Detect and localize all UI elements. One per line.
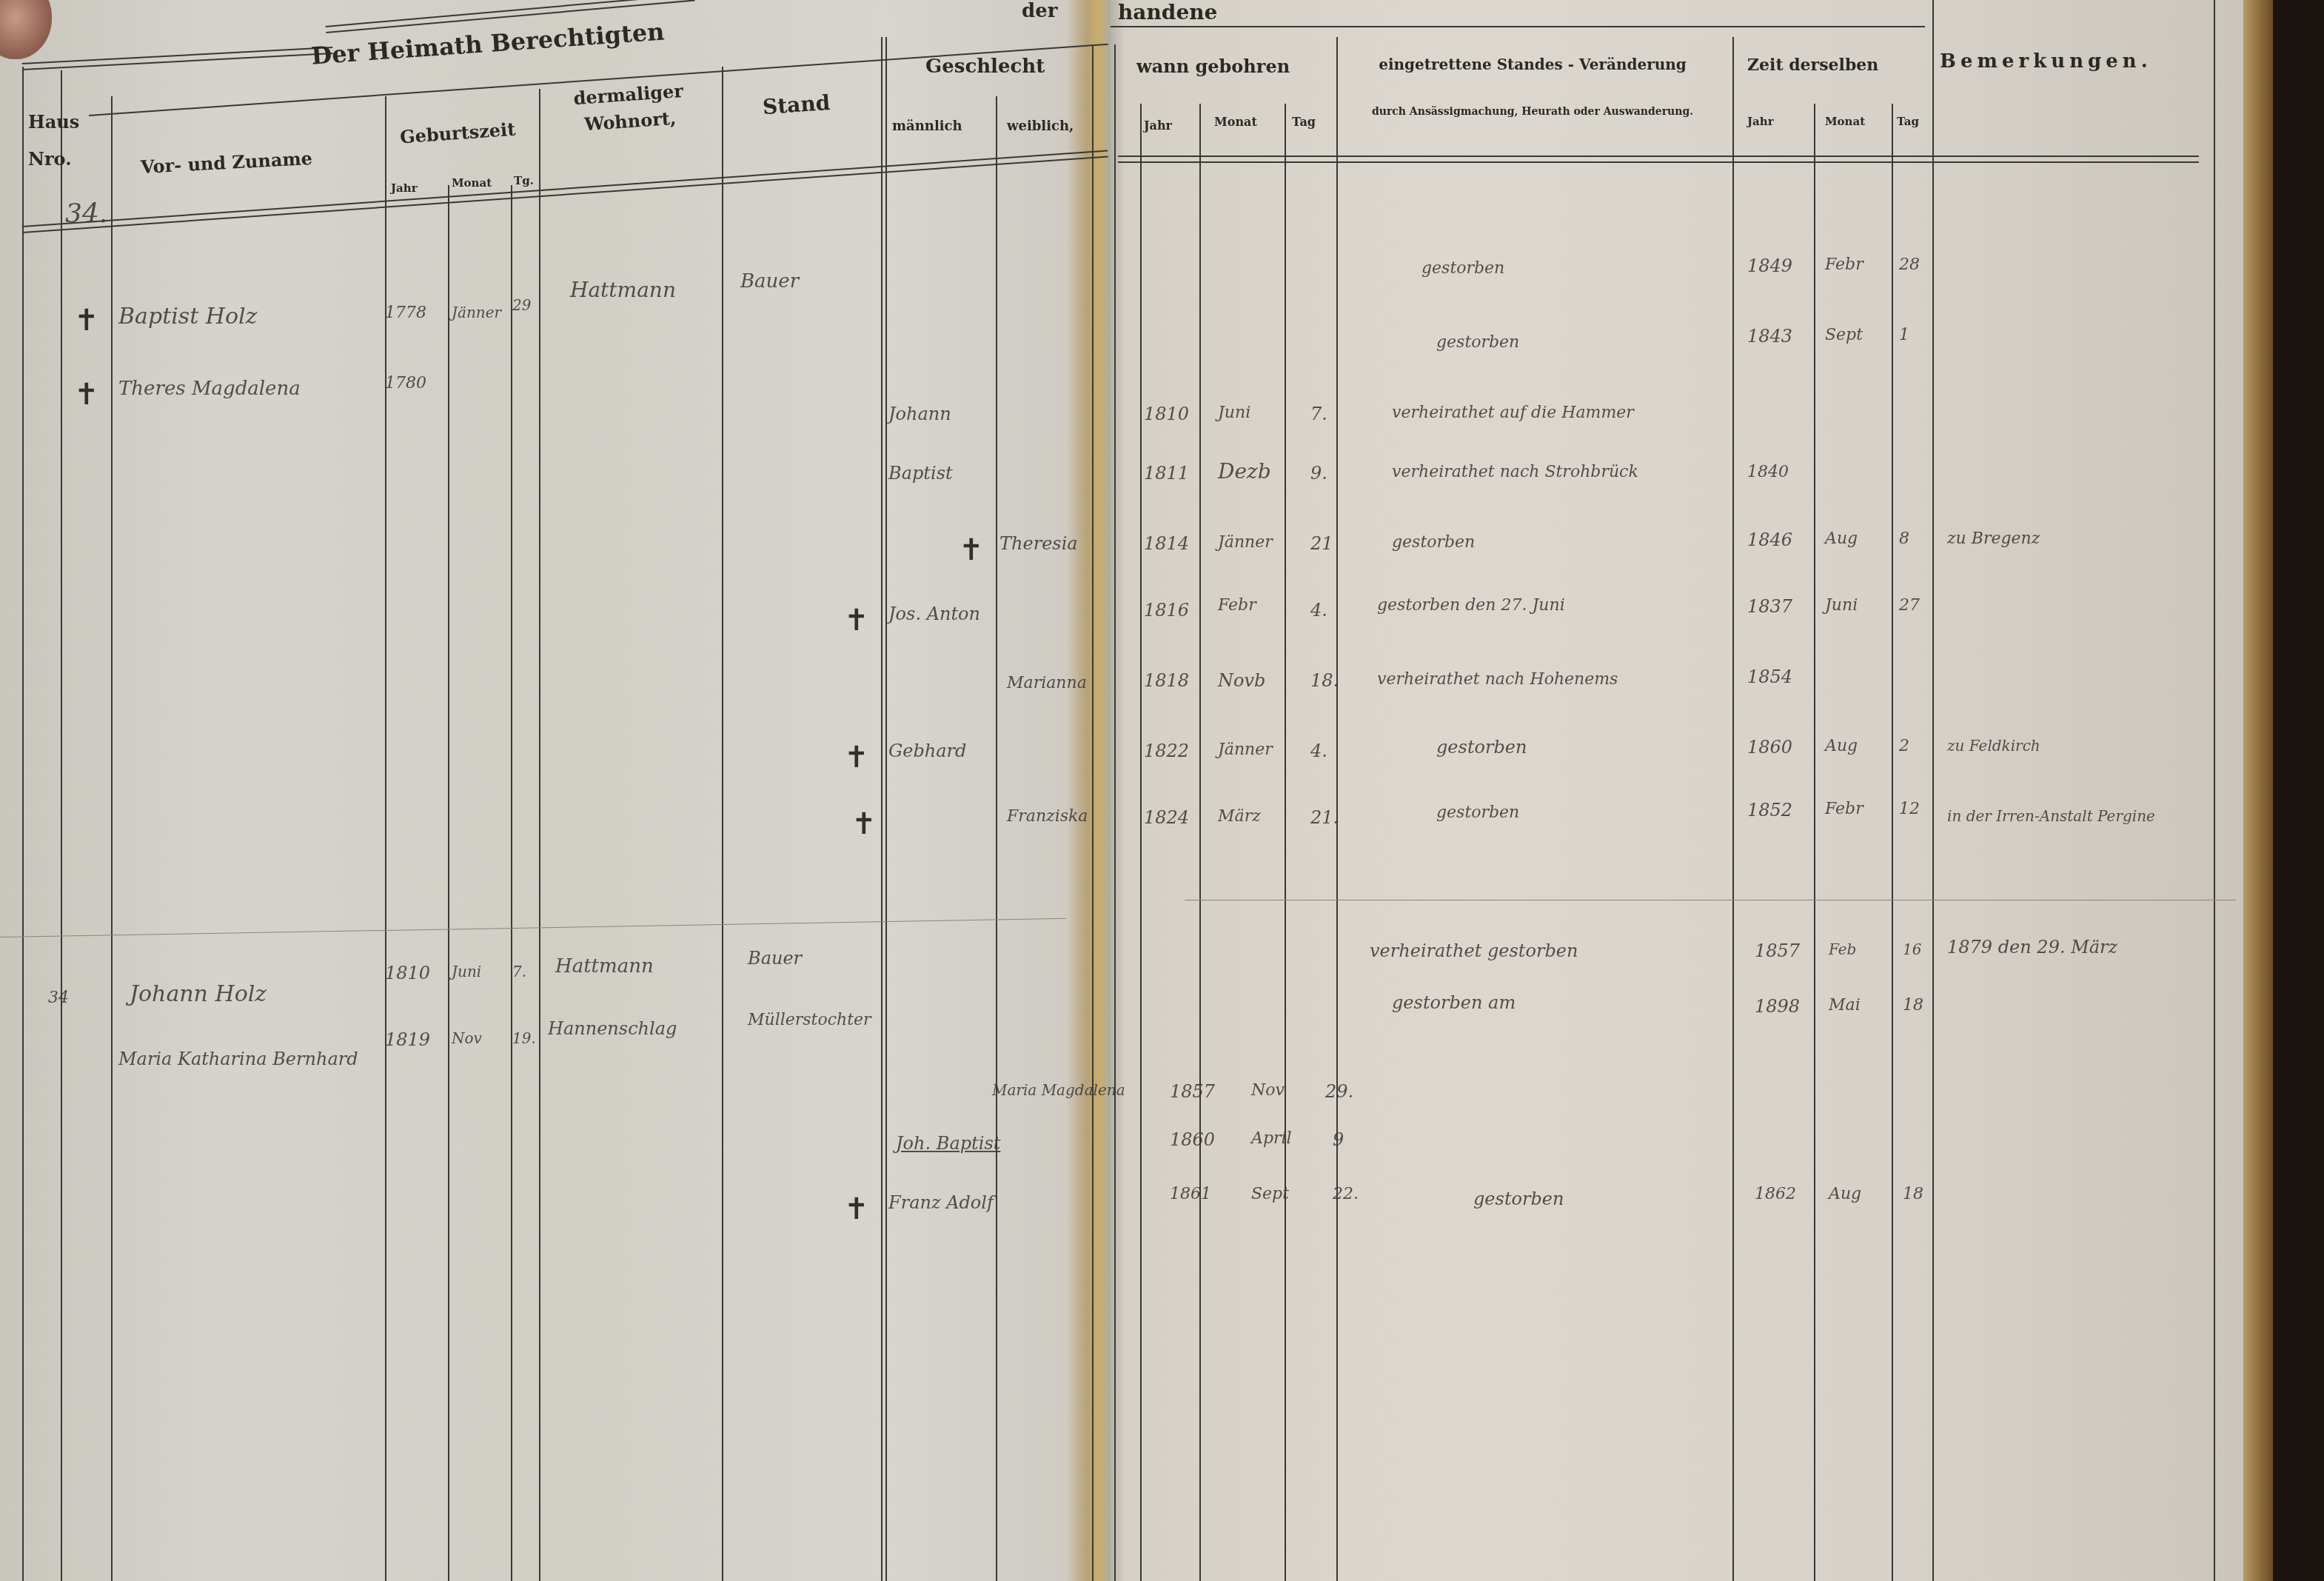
entry-remark: 1879 den 29. März: [1947, 937, 2117, 957]
entry-born-month: Nov: [1251, 1081, 1285, 1100]
col-header-wohnort: dermaliger Wohnort,: [561, 77, 698, 139]
entry-change-year: 1857: [1755, 940, 1800, 961]
col-sub-tag: Tag: [1292, 115, 1316, 129]
entry-born-day: 4.: [1310, 741, 1327, 761]
entry-change: gestorben: [1421, 259, 1504, 278]
entry-born-year: 1818: [1144, 670, 1189, 691]
entry-birth-year: 1819: [385, 1029, 430, 1050]
entry-birth-day: 7.: [512, 963, 526, 980]
entry-change: gestorben: [1473, 1189, 1564, 1209]
entry-born-year: 1814: [1144, 533, 1189, 554]
col-rule: [22, 67, 24, 1581]
entry-born-month: Juni: [1218, 404, 1250, 422]
entry-residence: Hattmann: [570, 278, 676, 302]
col-rule: [111, 96, 113, 1581]
ledger-spread: der handene Der Heimath Berechtigten Hau…: [0, 0, 2324, 1581]
entry-change-year: 1843: [1747, 326, 1792, 347]
death-cross-icon: ✝: [74, 304, 99, 338]
entry-change-day: 12: [1899, 800, 1920, 818]
entry-change-month: Aug: [1825, 529, 1858, 548]
death-cross-icon: ✝: [74, 378, 99, 412]
entry-born-day: 9: [1333, 1129, 1344, 1150]
entry-name: Maria Katharina Bernhard: [118, 1037, 385, 1081]
entry-male-name: Joh. Baptist: [896, 1133, 1000, 1154]
entry-male-name: Jos. Anton: [888, 604, 980, 624]
entry-born-day: 21.: [1310, 807, 1339, 828]
entry-birth-year: 1778: [385, 304, 426, 322]
entry-birth-day: 29: [512, 296, 531, 314]
entry-change-day: 8: [1899, 529, 1909, 548]
col-rule: [511, 185, 512, 1581]
col-rule: [2214, 0, 2215, 1581]
entry-change: verheirathet nach Strohbrück: [1392, 463, 1638, 481]
entry-remark: zu Feldkirch: [1947, 737, 2040, 755]
entry-male-name: Johann: [888, 404, 951, 424]
col-rule: [722, 67, 723, 1581]
entry-change: gestorben den 27. Juni: [1377, 596, 1565, 615]
col-sub-veraenderung: durch Ansässigmachung, Heurath oder Ausw…: [1370, 104, 1695, 120]
entry-born-day: 4.: [1310, 600, 1327, 621]
entry-change-day: 1: [1899, 326, 1909, 344]
entry-born-day: 29.: [1325, 1081, 1353, 1102]
book-gutter: [1066, 0, 1125, 1581]
col-sub-maennlich: männlich: [892, 118, 962, 134]
entry-female-name: Franziska: [1007, 807, 1088, 826]
entry-birth-month: Jänner: [452, 304, 501, 321]
col-sub-jahr: Jahr: [1747, 115, 1774, 128]
entry-change: gestorben am: [1392, 992, 1516, 1013]
death-cross-icon: ✝: [844, 1192, 869, 1226]
col-header-stand: Stand: [762, 90, 831, 119]
page-fragment-right: handene: [1118, 0, 1217, 24]
entry-born-month: Jänner: [1218, 741, 1273, 759]
entry-change-month: Juni: [1825, 596, 1858, 615]
entry-change: gestorben: [1436, 333, 1519, 352]
col-header-veraenderung: eingetrettene Standes - Veränderung: [1347, 56, 1718, 73]
death-cross-icon: ✝: [844, 604, 869, 638]
entry-change-day: 28: [1899, 255, 1920, 274]
col-rule: [1092, 44, 1094, 1581]
col-header-geschlecht: Geschlecht: [925, 56, 1045, 78]
entry-male-name: Baptist: [888, 463, 953, 484]
entry-born-day: 18.: [1310, 670, 1339, 691]
entry-change: verheirathet gestorben: [1370, 940, 1578, 961]
death-cross-icon: ✝: [959, 533, 984, 567]
entry-born-month: Febr: [1218, 596, 1256, 615]
col-sub-monat: Monat: [1214, 115, 1257, 129]
col-header-geboren: wann gebohren: [1136, 56, 1290, 77]
entry-change-year: 1860: [1747, 737, 1792, 758]
entry-born-month: Dezb: [1218, 459, 1271, 484]
entry-male-name: Franz Adolf: [888, 1192, 994, 1213]
entry-born-year: 1810: [1144, 404, 1189, 424]
entry-change-month: Sept: [1825, 326, 1863, 344]
entry-female-name: Marianna: [1007, 674, 1087, 692]
entry-change: gestorben: [1436, 737, 1527, 758]
left-page: [0, 0, 1111, 1581]
entry-born-month: Novb: [1218, 670, 1265, 691]
entry-name: Baptist Holz: [118, 304, 257, 330]
entry-change-month: Mai: [1829, 996, 1861, 1015]
entry-change-day: 2: [1899, 737, 1909, 755]
entry-born-year: 1822: [1144, 741, 1189, 761]
entry-change: verheirathet auf die Hammer: [1392, 404, 1634, 422]
col-rule: [1892, 104, 1893, 1581]
entry-birth-year: 1810: [385, 963, 430, 983]
entry-change-year: 1849: [1747, 255, 1792, 276]
entry-born-day: 7.: [1310, 404, 1327, 424]
entry-born-year: 1811: [1144, 463, 1189, 484]
entry-birth-month: Nov: [452, 1029, 482, 1047]
entry-change-month: Aug: [1829, 1185, 1861, 1203]
entry-female-name: Maria Magdalena: [992, 1081, 1125, 1099]
house-number: 34.: [65, 198, 107, 229]
entry-female-name: Theresia: [999, 533, 1078, 554]
col-sub-jahr: Jahr: [391, 181, 418, 195]
col-sub-monat: Monat: [1825, 115, 1865, 128]
col-sub-tag: Tg.: [514, 174, 534, 187]
entry-born-year: 1824: [1144, 807, 1189, 828]
entry-change: gestorben: [1392, 533, 1475, 552]
entry-change-year: 1862: [1755, 1185, 1796, 1203]
entry-change-day: 27: [1899, 596, 1920, 615]
entry-change: gestorben: [1436, 803, 1519, 822]
page-fragment-left: der: [1022, 0, 1057, 22]
entry-born-year: 1816: [1144, 600, 1189, 621]
col-sub-weiblich: weiblich,: [1007, 118, 1074, 134]
col-rule: [1199, 104, 1201, 1581]
header-bottom-rule: [1118, 156, 2199, 163]
entry-status: Bauer: [748, 948, 802, 969]
rule: [1111, 26, 1925, 27]
entry-status: Bauer: [740, 270, 799, 293]
col-header-haus-nro: Haus Nro.: [28, 104, 65, 178]
col-rule: [1932, 0, 1934, 1581]
entry-change-year: 1854: [1747, 666, 1792, 687]
entry-born-day: 9.: [1310, 463, 1327, 484]
col-rule: [881, 37, 883, 1581]
entry-name: Theres Magdalena: [118, 378, 301, 400]
entry-change-year: 1840: [1747, 463, 1789, 481]
family-divider: [1185, 900, 2236, 900]
entry-change-month: Febr: [1825, 255, 1863, 274]
thumb: [0, 0, 52, 59]
death-cross-icon: ✝: [851, 807, 877, 841]
book-edge: [2243, 0, 2273, 1581]
col-rule: [1285, 104, 1286, 1581]
entry-residence: Hannenschlag: [548, 1018, 677, 1039]
entry-born-month: April: [1251, 1129, 1292, 1148]
col-sub-jahr: Jahr: [1144, 118, 1172, 133]
entry-change-day: 18: [1903, 1185, 1923, 1203]
entry-change-month: Aug: [1825, 737, 1858, 755]
col-sub-tag: Tag: [1897, 115, 1919, 128]
entry-change-year: 1837: [1747, 596, 1792, 617]
entry-born-day: 21: [1310, 533, 1333, 554]
col-rule: [1732, 37, 1734, 1581]
col-header-bemerkungen: Bemerkungen.: [1940, 50, 2152, 73]
entry-remark: zu Bregenz: [1947, 529, 2040, 548]
entry-change-day: 16: [1903, 940, 1921, 958]
col-rule: [885, 37, 887, 1581]
entry-change-year: 1846: [1747, 529, 1792, 550]
entry-birth-year: 1780: [385, 374, 426, 392]
entry-remark: in der Irren-Anstalt Pergine: [1947, 800, 2199, 832]
entry-status: Müllerstochter: [748, 1011, 871, 1029]
entry-born-day: 22.: [1333, 1185, 1359, 1203]
entry-house: 34: [48, 989, 69, 1007]
entry-born-month: Sept: [1251, 1185, 1289, 1203]
entry-born-month: März: [1218, 807, 1261, 826]
entry-born-month: Jänner: [1218, 533, 1273, 552]
entry-birth-day: 19.: [512, 1029, 536, 1047]
entry-change-day: 18: [1903, 996, 1923, 1015]
entry-change-month: Feb: [1829, 940, 1856, 958]
death-cross-icon: ✝: [844, 741, 869, 775]
entry-change-year: 1852: [1747, 800, 1792, 820]
right-page: [1111, 0, 2243, 1581]
entry-change-year: 1898: [1755, 996, 1800, 1017]
entry-residence: Hattmann: [555, 955, 654, 977]
entry-change: verheirathet nach Hohenems: [1377, 670, 1618, 689]
entry-name: Johann Holz: [130, 981, 267, 1007]
entry-born-year: 1857: [1170, 1081, 1215, 1102]
col-rule: [1814, 104, 1815, 1581]
entry-male-name: Gebhard: [888, 741, 966, 761]
col-header-zeit: Zeit derselben: [1747, 56, 1878, 75]
entry-birth-month: Juni: [452, 963, 481, 980]
entry-change-month: Febr: [1825, 800, 1863, 818]
col-sub-monat: Monat: [452, 176, 492, 190]
col-rule: [448, 185, 449, 1581]
entry-born-year: 1861: [1170, 1185, 1211, 1203]
entry-born-year: 1860: [1170, 1129, 1215, 1150]
col-rule: [996, 96, 997, 1581]
col-rule: [1140, 104, 1142, 1581]
col-rule: [539, 89, 540, 1581]
col-rule: [1114, 44, 1116, 1581]
col-rule: [61, 70, 62, 1581]
